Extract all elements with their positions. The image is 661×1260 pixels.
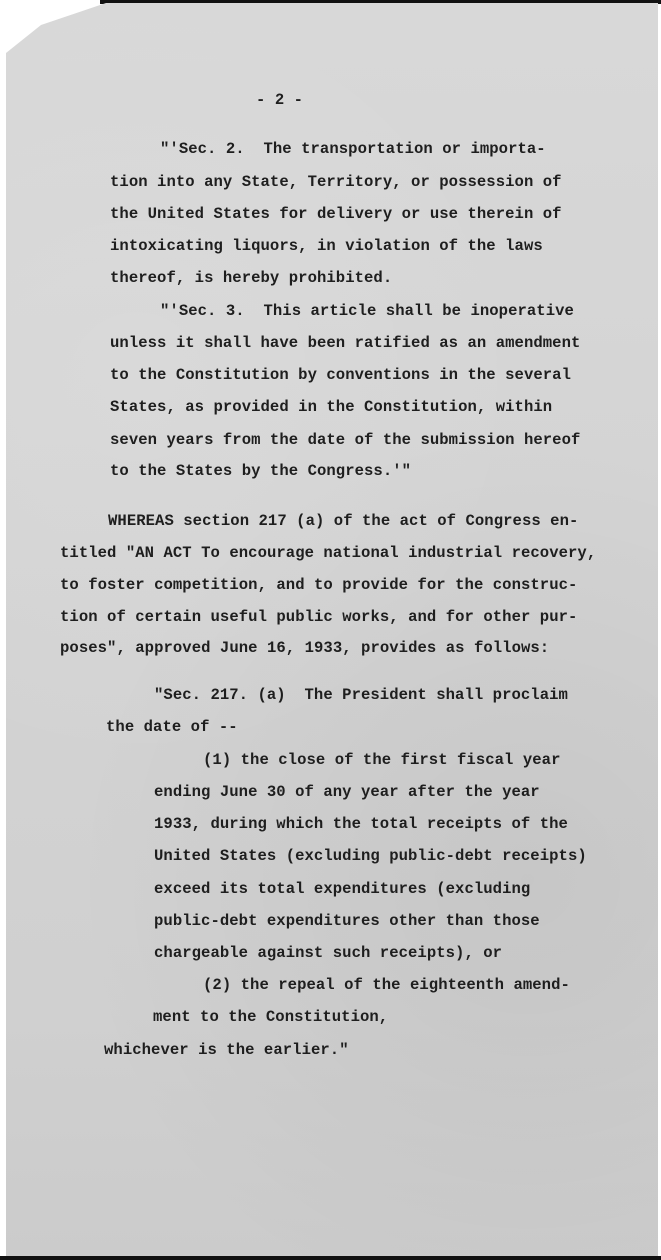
sec2-line-5: thereof, is hereby prohibited. bbox=[110, 269, 392, 287]
sec3-line-2: unless it shall have been ratified as an… bbox=[110, 334, 580, 352]
clause1-line-3: 1933, during which the total receipts of… bbox=[154, 815, 568, 833]
page-number: - 2 - bbox=[256, 91, 303, 109]
whereas-line-2: titled "AN ACT To encourage national ind… bbox=[60, 544, 596, 562]
sec2-line-4: intoxicating liquors, in violation of th… bbox=[110, 237, 543, 255]
sec3-line-1: "'Sec. 3. This article shall be inoperat… bbox=[160, 302, 574, 320]
clause2-line-1: (2) the repeal of the eighteenth amend- bbox=[203, 976, 570, 994]
sec217-line-1: "Sec. 217. (a) The President shall procl… bbox=[154, 686, 568, 704]
sec3-line-4: States, as provided in the Constitution,… bbox=[110, 398, 552, 416]
sec2-line-2: tion into any State, Territory, or posse… bbox=[110, 173, 562, 191]
whereas-line-5: poses", approved June 16, 1933, provides… bbox=[60, 639, 549, 657]
sec2-line-1: "'Sec. 2. The transportation or importa- bbox=[160, 140, 546, 158]
whereas-line-1: WHEREAS section 217 (a) of the act of Co… bbox=[108, 512, 578, 530]
clause1-line-4: United States (excluding public-debt rec… bbox=[154, 847, 587, 865]
sec217-line-2: the date of -- bbox=[106, 718, 238, 736]
sec3-line-6: to the States by the Congress.'" bbox=[110, 462, 411, 480]
sec3-line-5: seven years from the date of the submiss… bbox=[110, 431, 580, 449]
clause1-line-1: (1) the close of the first fiscal year bbox=[203, 751, 561, 769]
clause1-line-6: public-debt expenditures other than thos… bbox=[154, 912, 540, 930]
whereas-line-3: to foster competition, and to provide fo… bbox=[60, 576, 577, 594]
closing-line: whichever is the earlier." bbox=[104, 1041, 349, 1059]
clause2-line-2: ment to the Constitution, bbox=[153, 1008, 388, 1026]
sec2-line-3: the United States for delivery or use th… bbox=[110, 205, 562, 223]
clause1-line-5: exceed its total expenditures (excluding bbox=[154, 880, 530, 898]
clause1-line-7: chargeable against such receipts), or bbox=[154, 944, 502, 962]
scan-bottom-edge bbox=[0, 1256, 661, 1260]
whereas-line-4: tion of certain useful public works, and… bbox=[60, 608, 577, 626]
clause1-line-2: ending June 30 of any year after the yea… bbox=[154, 783, 540, 801]
sec3-line-3: to the Constitution by conventions in th… bbox=[110, 366, 571, 384]
